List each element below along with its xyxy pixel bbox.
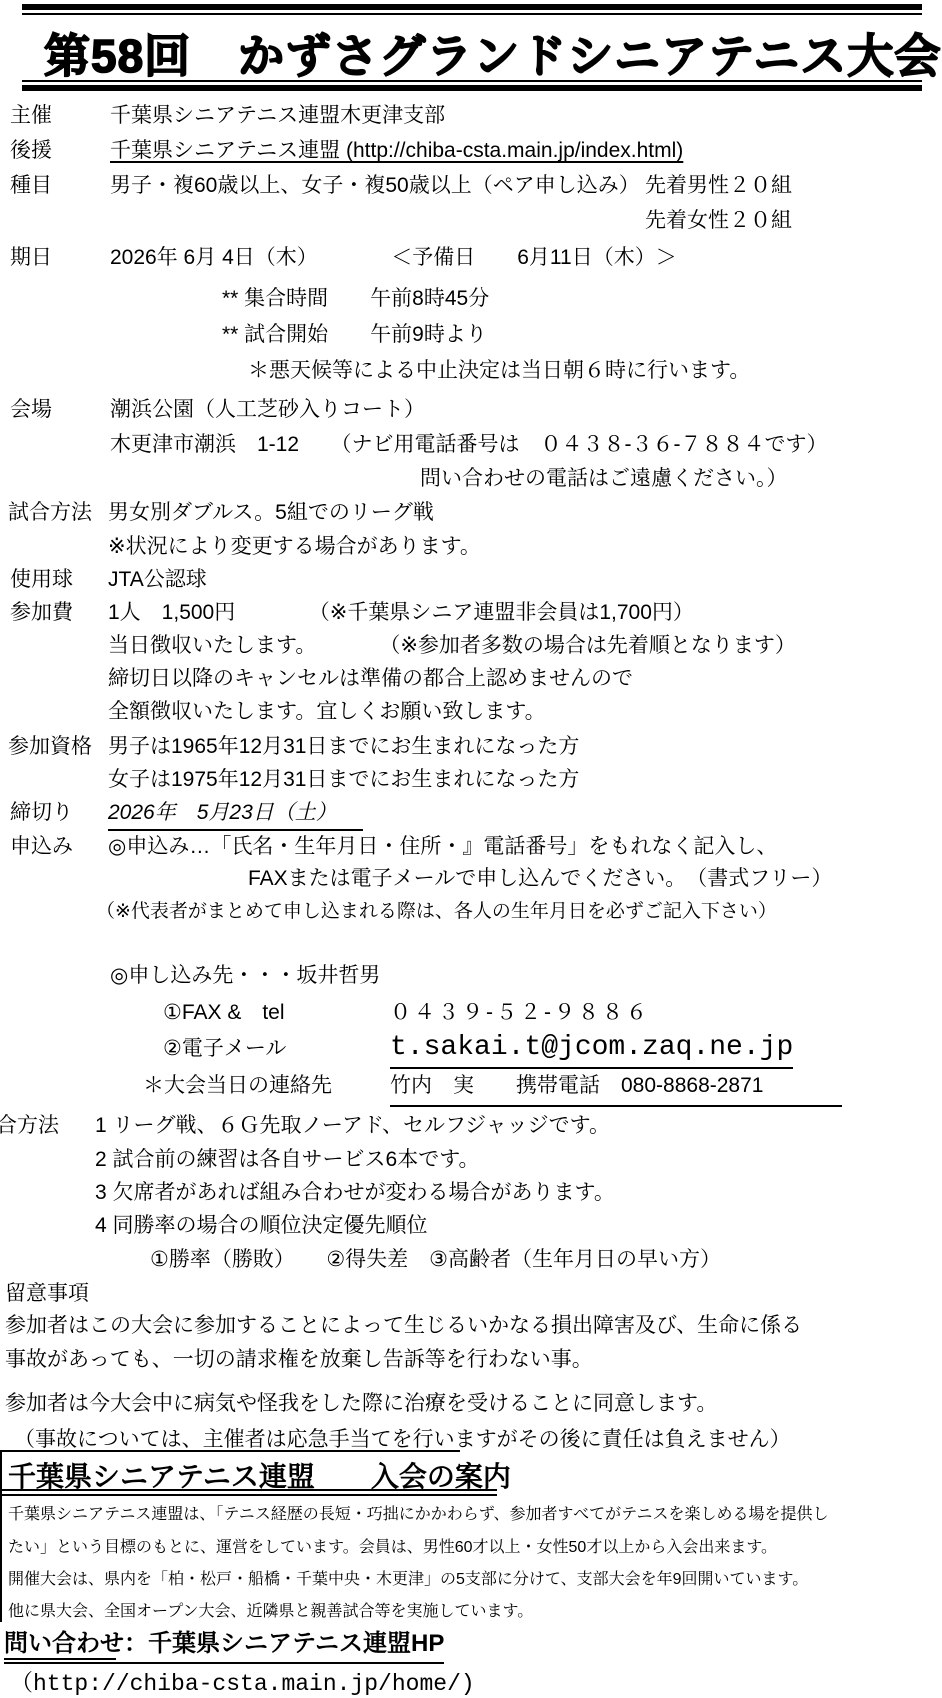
header-rule-bottom-thin bbox=[22, 80, 922, 82]
doc-title: 第58回 かずさグランドシニアテニス大会 bbox=[44, 20, 941, 86]
header-rule-top-thin bbox=[22, 13, 922, 15]
fee-line2: 当日徴収いたします。 （※参加者多数の場合は先着順となります） bbox=[108, 633, 796, 659]
day-contact-label: ＊大会当日の連絡先 bbox=[143, 1073, 332, 1099]
organizer-label: 主催 bbox=[10, 103, 52, 129]
notes-label: 留意事項 bbox=[5, 1281, 89, 1307]
format-note: ※状況により変更する場合があります。 bbox=[108, 534, 481, 560]
events-label: 種目 bbox=[10, 173, 52, 199]
deadline-label: 締切り bbox=[10, 800, 73, 826]
apply-note: （※代表者がまとめて申し込まれる際は、各人の生年月日を必ずご記入下さい） bbox=[96, 900, 777, 924]
fee-line4: 全額徴収いたします。宜しくお願い致します。 bbox=[108, 699, 546, 725]
rule-tiebreak: ①勝率（勝敗） ②得失差 ③高齢者（生年月日の早い方） bbox=[150, 1247, 721, 1273]
eligibility-label: 参加資格 bbox=[8, 734, 92, 760]
day-contact-value: 竹内 実 携帯電話 080-8868-2871 bbox=[390, 1073, 842, 1107]
weather-note: ＊悪天候等による中止決定は当日朝６時に行います。 bbox=[248, 358, 750, 384]
deadline-value: 2026年 5月23日（土） bbox=[108, 800, 363, 831]
venue-value: 潮浜公園（人工芝砂入りコート） bbox=[110, 397, 425, 423]
fee-value: 1人 1,500円 （※千葉県シニア連盟非会員は1,700円） bbox=[108, 600, 694, 626]
start-time: ** 試合開始 午前9時より bbox=[222, 322, 487, 348]
note-line-2: 事故があっても、一切の請求権を放棄し告訴等を行わない事。 bbox=[5, 1347, 593, 1373]
rule-item-1: 1 リーグ戦、６Ｇ先取ノーアド、セルフジャッジです。 bbox=[95, 1113, 610, 1139]
contact-fax-number: ０４３９-５２-９８８６ bbox=[390, 1000, 650, 1026]
apply-line2: FAXまたは電子メールで申し込んでください。 （書式フリー） bbox=[248, 866, 832, 892]
contact-email-label: ②電子メール bbox=[163, 1036, 286, 1062]
format-label: 試合方法 bbox=[8, 500, 92, 526]
apply-label: 申込み bbox=[10, 834, 73, 860]
eligibility-women: 女子は1975年12月31日までにお生まれになった方 bbox=[108, 767, 579, 793]
assoc-line-1: 千葉県シニアテニス連盟は、「テニス経歴の長短・巧拙にかかわらず、参加者すべてがテ… bbox=[8, 1505, 828, 1525]
venue-address: 木更津市潮浜 1-12 （ナビ用電話番号は ０４３８-３６-７８８４です） bbox=[110, 432, 828, 458]
date-value: 2026年 6月 4日（木） ＜予備日 6月11日（木）＞ bbox=[110, 245, 677, 271]
assoc-heading-underline bbox=[0, 1489, 497, 1496]
assoc-box-top-border bbox=[0, 1450, 460, 1452]
note-line-1: 参加者はこの大会に参加することによって生じるいかなる損出障害及び、生命に係る bbox=[5, 1313, 802, 1339]
note-line-3: 参加者は今大会中に病気や怪我をした際に治療を受けることに同意します。 bbox=[5, 1391, 717, 1417]
organizer-value: 千葉県シニアテニス連盟木更津支部 bbox=[110, 103, 445, 129]
events-value: 男子・複60歳以上、女子・複50歳以上（ペア申し込み） bbox=[110, 173, 640, 199]
eligibility-men: 男子は1965年12月31日までにお生まれになった方 bbox=[108, 734, 579, 760]
header-rule-bottom-thick bbox=[22, 85, 922, 91]
footer-url-link: （http://chiba-csta.main.jp/home/) bbox=[10, 1664, 475, 1698]
day-contact-wrap: 竹内 実 携帯電話 080-8868-2871 bbox=[390, 1073, 842, 1107]
rule-item-3: 3 欠席者があれば組み合わせが変わる場合があります。 bbox=[95, 1180, 615, 1206]
rule-item-4: 4 同勝率の場合の順位決定優先順位 bbox=[95, 1213, 428, 1239]
fee-line3: 締切日以降のキャンセルは準備の都合上認めませんので bbox=[108, 666, 633, 692]
contact-email-link: t.sakai.t@jcom.zaq.ne.jp bbox=[390, 1030, 793, 1069]
contact-fax-label: ①FAX & tel bbox=[163, 1000, 285, 1026]
support-value-link: 千葉県シニアテニス連盟 (http://chiba-csta.main.jp/i… bbox=[110, 138, 683, 164]
first-come-men: 先着男性２０組 bbox=[645, 173, 792, 199]
rule-item-2: 2 試合前の練習は各自サービス6本です。 bbox=[95, 1147, 480, 1173]
rules-label-clipped: 試合方法 bbox=[0, 1113, 59, 1139]
venue-label: 会場 bbox=[10, 397, 52, 423]
deadline-date: 2026年 5月23日（土） bbox=[108, 800, 363, 831]
footer-inquiry-second-underline bbox=[4, 1658, 116, 1660]
assoc-line-4: 他に県大会、全国オープン大会、近隣県と親善試合等を実施しています。 bbox=[8, 1602, 533, 1622]
fee-label: 参加費 bbox=[10, 600, 73, 626]
meeting-time: ** 集合時間 午前8時45分 bbox=[222, 286, 489, 312]
assoc-box-left-border bbox=[0, 1450, 2, 1622]
apply-line1: ◎申込み…「氏名・生年月日・住所・』電話番号」をもれなく記入し、 bbox=[108, 834, 777, 860]
assoc-line-2: たい」という目標のもとに、運営をしています。会員は、男性60才以上・女性50才以… bbox=[8, 1538, 777, 1558]
tournament-flyer: { "header": { "title": "第58回 かずさグランドシニアテ… bbox=[0, 0, 942, 1698]
header-rule-top-thick bbox=[22, 4, 922, 10]
date-label: 期日 bbox=[10, 245, 52, 271]
first-come-women: 先着女性２０組 bbox=[645, 208, 792, 234]
support-label: 後援 bbox=[10, 138, 52, 164]
contact-to: ◎申し込み先・・・坂井哲男 bbox=[110, 963, 380, 989]
venue-phone-note: 問い合わせの電話はご遠慮ください。） bbox=[420, 466, 788, 492]
ball-label: 使用球 bbox=[10, 567, 73, 593]
assoc-line-3: 開催大会は、県内を「柏・松戸・船橋・千葉中央・木更津」の5支部に分けて、支部大会… bbox=[8, 1570, 808, 1590]
ball-value: JTA公認球 bbox=[108, 567, 207, 593]
format-value: 男女別ダブルス。5組でのリーグ戦 bbox=[108, 500, 434, 526]
contact-email-wrap: t.sakai.t@jcom.zaq.ne.jp bbox=[390, 1030, 793, 1069]
